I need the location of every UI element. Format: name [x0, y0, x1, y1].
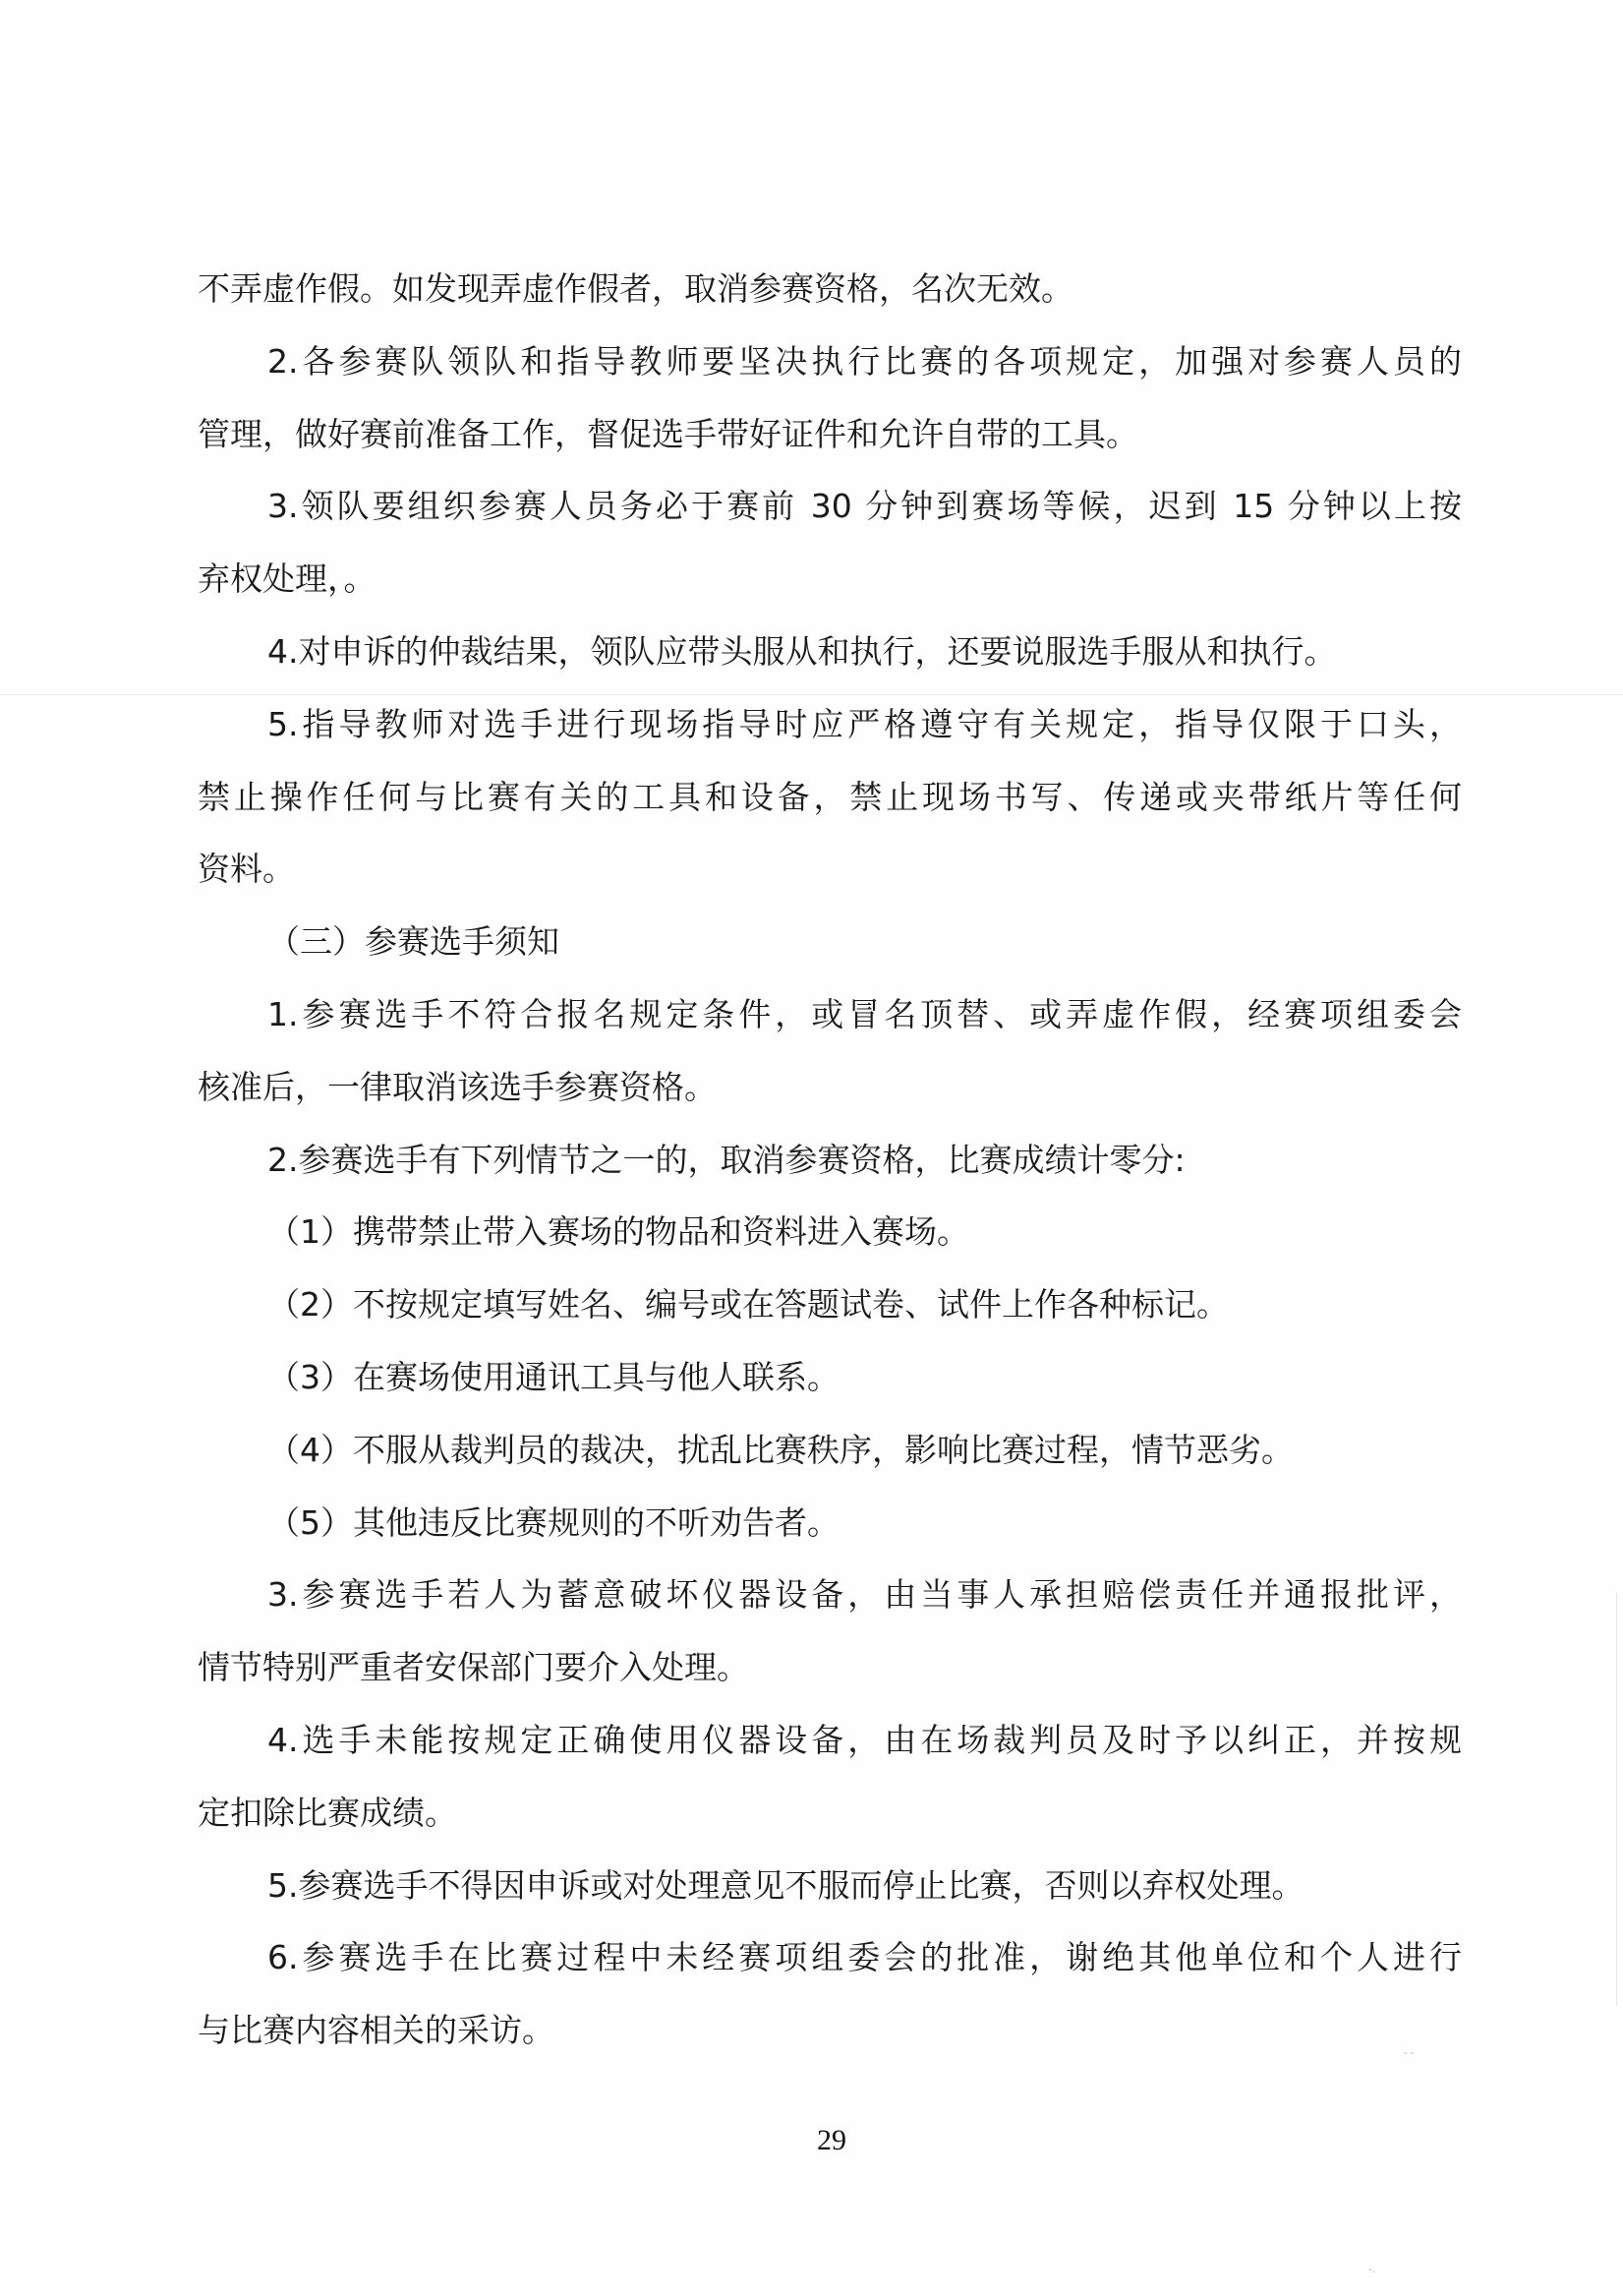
- scan-speck: -.: [1368, 2265, 1375, 2275]
- paragraph-first-line: （1）携带禁止带入赛场的物品和资料进入赛场。: [267, 1210, 969, 1254]
- paragraph-first-line: 5.指导教师对选手进行现场指导时应严格遵守有关规定，指导仅限于口头，: [267, 703, 1462, 746]
- paragraph-line: 不弄虚作假。如发现弄虚作假者，取消参赛资格，名次无效。: [198, 267, 1073, 311]
- paragraph-first-line: （三）参赛选手须知: [267, 920, 559, 964]
- paragraph-line: 管理，做好赛前准备工作，督促选手带好证件和允许自带的工具。: [198, 413, 1138, 456]
- paragraph-first-line: 1.参赛选手不符合报名规定条件，或冒名顶替、或弄虚作假，经赛项组委会: [267, 993, 1462, 1036]
- paragraph-first-line: 4.选手未能按规定正确使用仪器设备，由在场裁判员及时予以纠正，并按规: [267, 1719, 1462, 1762]
- paragraph-line: 与比赛内容相关的采访。: [198, 2009, 554, 2052]
- paragraph-first-line: （2）不按规定填写姓名、编号或在答题试卷、试件上作各种标记。: [267, 1283, 1229, 1326]
- paragraph-first-line: 5.参赛选手不得因申诉或对处理意见不服而停止比赛，否则以弃权处理。: [267, 1864, 1304, 1908]
- page-number: 29: [812, 2124, 851, 2157]
- paragraph-line: 禁止操作任何与比赛有关的工具和设备，禁止现场书写、传递或夹带纸片等任何: [198, 776, 1462, 819]
- paragraph-line: 情节特别严重者安保部门要介入处理。: [198, 1646, 749, 1689]
- paragraph-first-line: （5）其他违反比赛规则的不听劝告者。: [267, 1501, 840, 1545]
- scan-artifact-line: [0, 694, 1623, 695]
- paragraph-first-line: （3）在赛场使用通讯工具与他人联系。: [267, 1356, 840, 1399]
- paragraph-first-line: 4.对申诉的仲裁结果，领队应带头服从和执行，还要说服选手服从和执行。: [267, 630, 1337, 674]
- paragraph-first-line: 2.参赛选手有下列情节之一的，取消参赛资格，比赛成绩计零分:: [267, 1139, 1186, 1182]
- paragraph-first-line: 6.参赛选手在比赛过程中未经赛项组委会的批准，谢绝其他单位和个人进行: [267, 1936, 1462, 1979]
- paragraph-first-line: 3.领队要组织参赛人员务必于赛前 30 分钟到赛场等候，迟到 15 分钟以上按: [267, 485, 1462, 528]
- paragraph-line: 资料。: [198, 848, 295, 891]
- paragraph-line: 弃权处理，。: [198, 558, 377, 601]
- paragraph-first-line: 3.参赛选手若人为蓄意破坏仪器设备，由当事人承担赔偿责任并通报批评，: [267, 1573, 1462, 1617]
- paragraph-first-line: 2.各参赛队领队和指导教师要坚决执行比赛的各项规定，加强对参赛人员的: [267, 340, 1462, 383]
- scan-speck: - -: [1404, 2048, 1414, 2059]
- paragraph-first-line: （4）不服从裁判员的裁决，扰乱比赛秩序，影响比赛过程，情节恶劣。: [267, 1429, 1294, 1472]
- scan-edge-line: [1616, 1593, 1617, 2006]
- paragraph-line: 定扣除比赛成绩。: [198, 1792, 457, 1835]
- paragraph-line: 核准后，一律取消该选手参赛资格。: [198, 1066, 717, 1109]
- document-page: 不弄虚作假。如发现弄虚作假者，取消参赛资格，名次无效。2.各参赛队领队和指导教师…: [0, 0, 1623, 2296]
